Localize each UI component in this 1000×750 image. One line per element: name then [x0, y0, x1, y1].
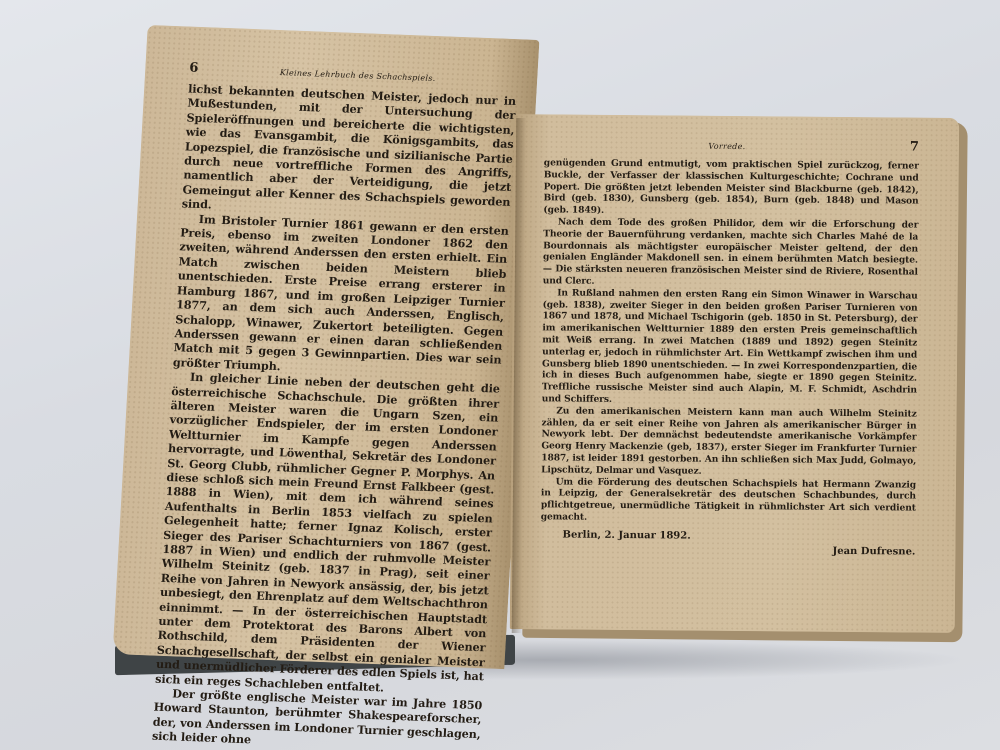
- paragraph: In gleicher Linie neben der deutschen ge…: [155, 369, 500, 698]
- paragraph: lichst bekannten deutschen Meister, jedo…: [181, 82, 516, 224]
- right-page: Vorrede. 7 genügenden Grund entmutigt, v…: [510, 114, 959, 633]
- place-date: Berlin, 2. Januar 1892.: [540, 529, 690, 555]
- paragraph: Nach dem Tode des großen Philidor, dem w…: [543, 216, 919, 290]
- paragraph: Zu den amerikanischen Meistern kann man …: [541, 405, 917, 479]
- signoff: Berlin, 2. Januar 1892. Jean Dufresne.: [540, 529, 915, 557]
- paragraph: genügenden Grund entmutigt, vom praktisc…: [543, 157, 919, 219]
- paragraph: Im Bristoler Turnier 1861 gewann er den …: [173, 211, 510, 382]
- right-body-text: genügenden Grund entmutigt, vom praktisc…: [541, 157, 919, 526]
- left-page-number: 6: [189, 61, 199, 76]
- left-body-text: lichst bekannten deutschen Meister, jedo…: [152, 82, 517, 750]
- paragraph: Um die Förderung des deutschen Schachspi…: [541, 476, 916, 526]
- left-running-title: Kleines Lehrbuch des Schachspiels.: [280, 68, 436, 83]
- left-page: 6 Kleines Lehrbuch des Schachspiels. lic…: [113, 25, 540, 669]
- right-running-title: Vorrede.: [708, 142, 745, 151]
- right-page-number: 7: [910, 140, 919, 155]
- author-signature: Jean Dufresne.: [832, 532, 915, 558]
- right-running-head: Vorrede. 7: [544, 136, 919, 154]
- paragraph: In Rußland nahmen den ersten Rang ein Si…: [542, 287, 918, 408]
